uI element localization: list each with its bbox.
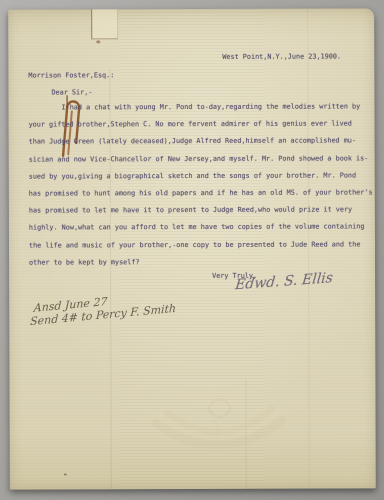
body-line: has promised to let me have it to presen… <box>29 202 365 220</box>
body-line: your gifted brother,Stephen C. No more f… <box>29 116 365 134</box>
repair-tab-mark <box>91 9 118 39</box>
body-line: sued by you,giving a biographical sketch… <box>29 167 365 185</box>
letter-body: I had a chat with young Mr. Pond to-day,… <box>28 98 365 271</box>
body-line: I had a chat with young Mr. Pond to-day,… <box>28 98 364 116</box>
letter-page: West Point,N.Y.,June 23,1900. Morrison F… <box>8 8 376 489</box>
handwritten-annotation: Ansd June 27 Send 4# to Percy F. Smith <box>33 290 177 328</box>
body-line: than Judge Green (lately deceased),Judge… <box>29 133 365 151</box>
ink-speck <box>64 473 67 475</box>
salutation: Dear Sir,- <box>51 88 92 96</box>
photo-background: { "letter": { "dateline": "West Point,N.… <box>0 0 384 500</box>
body-line: has promised to hunt among his old paper… <box>29 184 365 202</box>
body-line: sician and now Vice-Chancellor of New Je… <box>29 150 365 168</box>
dateline: West Point,N.Y.,June 23,1900. <box>222 52 341 60</box>
body-line: highly. Now,what can you afford to let m… <box>29 219 365 237</box>
recipient-line: Morrison Foster,Esq.: <box>28 71 114 79</box>
rust-stain <box>96 40 100 43</box>
body-line: the life and music of your brother,-one … <box>29 236 365 254</box>
embossed-seal <box>138 397 302 472</box>
body-line: other to be kept by myself? <box>29 253 365 271</box>
